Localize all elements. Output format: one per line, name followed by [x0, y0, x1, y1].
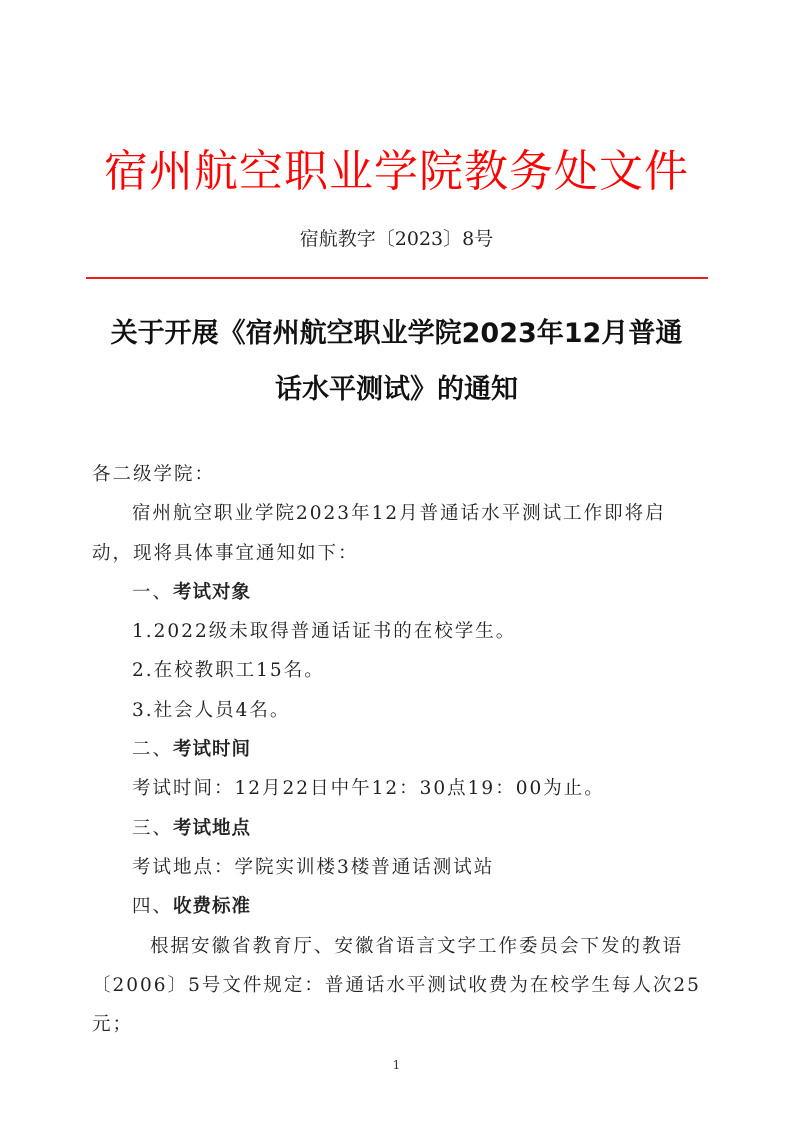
notice-title-line-1: 关于开展《宿州航空职业学院2023年12月普通 [0, 306, 793, 362]
exam-time-text: 考试时间：12月22日中午12：30点19：00为止。 [92, 769, 702, 808]
section-title: 收费标准 [173, 896, 251, 917]
salutation: 各二级学院： [92, 455, 702, 494]
section-title: 考试地点 [173, 818, 251, 839]
list-item: 2.在校教职工15名。 [92, 651, 702, 690]
header-divider [86, 277, 708, 279]
document-number: 宿航教字〔2023〕8号 [0, 225, 793, 253]
section-title: 考试对象 [173, 582, 251, 603]
exam-location-text: 考试地点：学院实训楼3楼普通话测试站 [92, 848, 702, 887]
section-title: 考试时间 [173, 739, 251, 760]
notice-body: 各二级学院： 宿州航空职业学院2023年12月普通话水平测试工作即将启动，现将具… [92, 455, 702, 1044]
section-number: 二、 [132, 739, 173, 760]
notice-title-line-2: 话水平测试》的通知 [0, 362, 793, 418]
intro-paragraph: 宿州航空职业学院2023年12月普通话水平测试工作即将启动，现将具体事宜通知如下… [92, 494, 702, 573]
list-item: 3.社会人员4名。 [92, 691, 702, 730]
section-number: 三、 [132, 818, 173, 839]
document-header-title: 宿州航空职业学院教务处文件 [0, 142, 793, 202]
section-heading-fees: 四、收费标准 [92, 887, 702, 926]
fee-paragraph: 根据安徽省教育厅、安徽省语言文字工作委员会下发的教语〔2006〕5号文件规定：普… [92, 927, 702, 1045]
section-heading-location: 三、考试地点 [92, 809, 702, 848]
section-number: 四、 [132, 896, 173, 917]
notice-title: 关于开展《宿州航空职业学院2023年12月普通 话水平测试》的通知 [0, 306, 793, 418]
section-heading-time: 二、考试时间 [92, 730, 702, 769]
list-item: 1.2022级未取得普通话证书的在校学生。 [92, 612, 702, 651]
page-number: 1 [0, 1058, 793, 1072]
section-heading-target: 一、考试对象 [92, 573, 702, 612]
section-number: 一、 [132, 582, 173, 603]
